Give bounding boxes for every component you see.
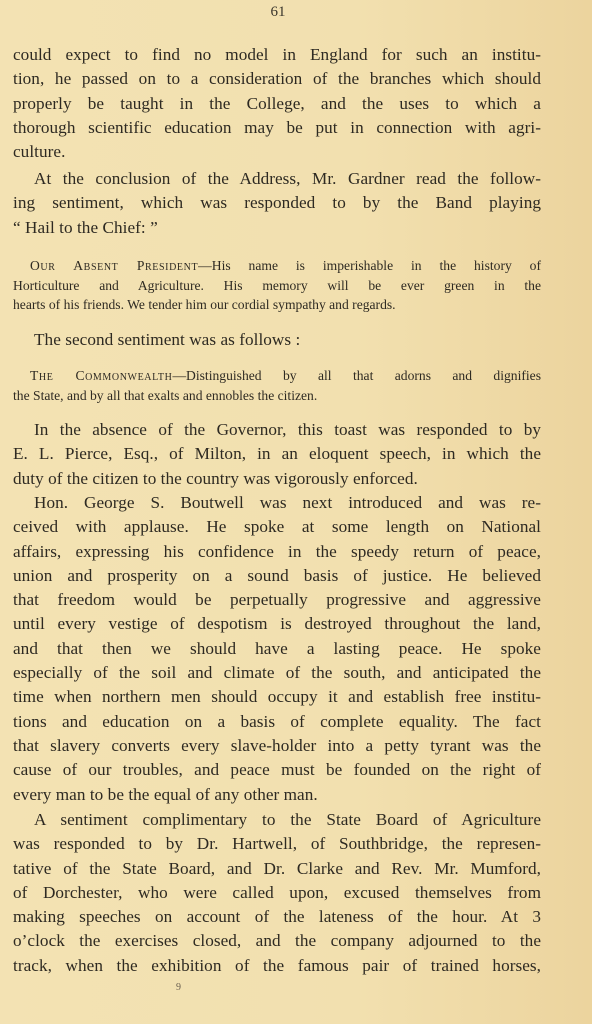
text-line: In the absence of the Governor, this toa… [13,418,541,442]
text-line: Our Absent President—His name is imperis… [13,256,541,276]
text-line: the State, and by all that exalts and en… [13,386,541,406]
text-line: time when northern men should occupy it … [13,685,541,709]
text-line: and that then we should have a lasting p… [13,637,541,661]
text-line: of Dorchester, who were called upon, exc… [13,881,541,905]
paragraph-state-board: A sentiment complimentary to the State B… [13,808,541,978]
paragraph-second-sentiment-intro: The second sentiment was as follows : [13,328,541,352]
sentiment-text: His name is imperishable in the history … [212,258,541,273]
text-line: At the conclusion of the Address, Mr. Ga… [13,167,541,191]
text-line: E. L. Pierce, Esq., of Milton, in an elo… [13,442,541,466]
paragraph-boutwell-speech: Hon. George S. Boutwell was next introdu… [13,491,541,807]
text-line: cause of our troubles, and peace must be… [13,758,541,782]
text-line: especially of the soil and climate of th… [13,661,541,685]
sentiment-commonwealth: The Commonwealth—Distinguished by all th… [13,366,541,405]
paragraph-address-conclusion: At the conclusion of the Address, Mr. Ga… [13,167,541,240]
text-line: ceived with applause. He spoke at some l… [13,515,541,539]
text-line: Hon. George S. Boutwell was next introdu… [13,491,541,515]
sentiment-heading: Our Absent President [30,258,198,273]
text-line: making speeches on account of the latene… [13,905,541,929]
text-line: tion, he passed on to a consideration of… [13,67,541,91]
text-line: union and prosperity on a sound basis of… [13,564,541,588]
text-line: tative of the State Board, and Dr. Clark… [13,857,541,881]
sentiment-absent-president: Our Absent President—His name is imperis… [13,256,541,315]
text-line: culture. [13,140,541,164]
em-dash: — [198,258,212,273]
text-line: A sentiment complimentary to the State B… [13,808,541,832]
text-line: The Commonwealth—Distinguished by all th… [13,366,541,386]
text-line: The second sentiment was as follows : [13,328,541,352]
page-number: 61 [13,4,543,21]
text-line: that slavery converts every slave-holder… [13,734,541,758]
text-line: duty of the citizen to the country was v… [13,467,541,491]
text-line: tions and education on a basis of comple… [13,710,541,734]
sentiment-text: Distinguished by all that adorns and dig… [186,368,541,383]
text-line: ing sentiment, which was responded to by… [13,191,541,215]
text-line: thorough scientific education may be put… [13,116,541,140]
text-line: was responded to by Dr. Hartwell, of Sou… [13,832,541,856]
paragraph-continuation: could expect to find no model in England… [13,43,541,164]
text-line: o’clock the exercises closed, and the co… [13,929,541,953]
paragraph-pierce-response: In the absence of the Governor, this toa… [13,418,541,491]
text-line: Horticulture and Agriculture. His memory… [13,276,541,296]
text-line: hearts of his friends. We tender him our… [13,295,541,315]
sentiment-heading: The Commonwealth [30,368,172,383]
text-line: until every vestige of despotism is dest… [13,612,541,636]
text-line: could expect to find no model in England… [13,43,541,67]
em-dash: — [172,368,186,383]
signature-mark: 9 [176,982,181,993]
text-line: that freedom would be perpetually progre… [13,588,541,612]
text-line: “ Hail to the Chief: ” [13,216,541,240]
text-line: properly be taught in the College, and t… [13,92,541,116]
text-line: affairs, expressing his confidence in th… [13,540,541,564]
text-line: track, when the exhibition of the famous… [13,954,541,978]
text-line: every man to be the equal of any other m… [13,783,541,807]
